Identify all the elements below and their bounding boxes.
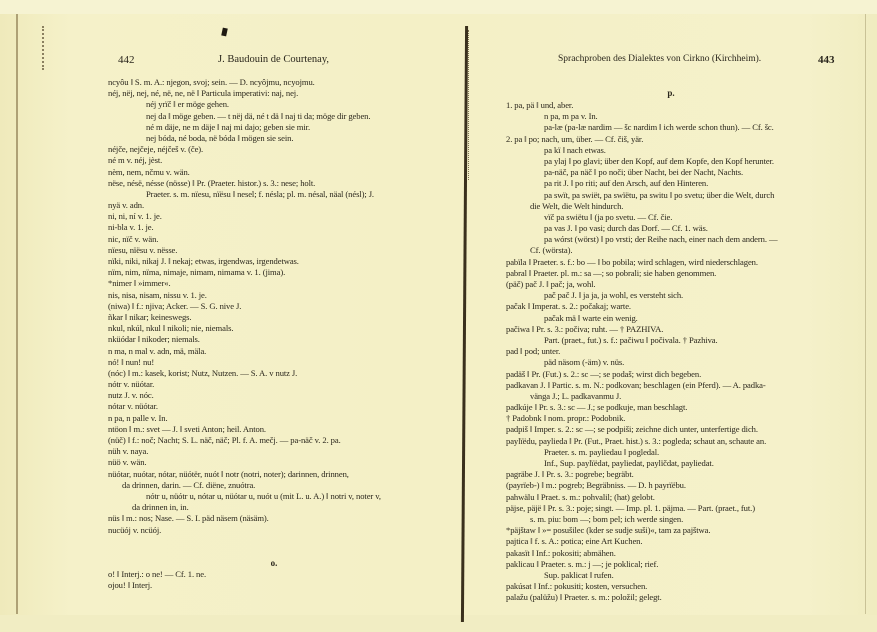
dictionary-entry-line: néj yrïč ‖ er möge gehen. — [108, 99, 440, 110]
dictionary-entry-line: nküódar ‖ nikoder; niemals. — [108, 334, 440, 345]
dictionary-entry-line: nótar v. nüótar. — [108, 401, 440, 412]
dictionary-entry-line: paklicau ‖ Praeter. s. m.: j —; je pokli… — [506, 559, 836, 570]
scan-artifact-mark — [42, 26, 46, 70]
dictionary-entry-line: päd näsom (-äm) v. nüs. — [506, 357, 836, 368]
gutter-shadow — [468, 30, 470, 180]
dictionary-entry-line: nutz J. v. nóc. — [108, 390, 440, 401]
dictionary-entry-line: nó! ‖ nun! nu! — [108, 357, 440, 368]
dictionary-entry-line: (nüč) ‖ f.: noč; Nacht; S. L. näč, näč; … — [108, 435, 440, 446]
dictionary-entry-line: Cf. (wörsta). — [506, 245, 836, 256]
dictionary-entry-line: pahwälu ‖ Praet. s. m.: pohvalil; (hat) … — [506, 492, 836, 503]
dictionary-entry-line: pačak mä ‖ warte ein wenig. — [506, 313, 836, 324]
dictionary-entry-line: nyä v. adn. — [108, 200, 440, 211]
dictionary-entry-line: (nóc) ‖ m.: kasek, korist; Nutz, Nutzen.… — [108, 368, 440, 379]
dictionary-entry-line: nëse, nésë, nésse (nösse) ‖ Pr. (Praeter… — [108, 178, 440, 189]
dictionary-entry-line: nüö v. wän. — [108, 457, 440, 468]
dictionary-entry-line: nïm, nim, nïma, nimaje, nimam, nimama v.… — [108, 267, 440, 278]
dictionary-entry-line: ojou! ‖ Interj. — [108, 580, 440, 591]
dictionary-entry-line: nèm, nem, nčmu v. wän. — [108, 167, 440, 178]
dictionary-entry-line: nïesu, nïësu v. nësse. — [108, 245, 440, 256]
dictionary-entry-line: vänga J.; L. padkavanmu J. — [506, 391, 836, 402]
dictionary-entry-line: pa kï ‖ nach etwas. — [506, 145, 836, 156]
dictionary-entry-line: die Welt, die Welt hindurch. — [506, 201, 836, 212]
dictionary-entry-line: pakasït ‖ Inf.: pokositi; abmähen. — [506, 548, 836, 559]
left-page-edge — [16, 14, 18, 614]
dictionary-entry-line: *päjštaw ‖ »= posušilec (kder se sudje s… — [506, 525, 836, 536]
dictionary-entry-line: vïč pa swiëtu ‖ (ja po svetu. — Cf. čie. — [506, 212, 836, 223]
dictionary-entry-line: nïki, niki, nikaj J. ‖ nekaj; etwas, irg… — [108, 256, 440, 267]
dictionary-entry-line: 2. pa ‖ po; nach, um, über. — Cf. čiš, y… — [506, 134, 836, 145]
dictionary-entry-line: Praeter. s. m. payliedau ‖ pogledal. — [506, 447, 836, 458]
dictionary-entry-line: *nimer ‖ »immer«. — [108, 278, 440, 289]
dictionary-entry-line: s. m. piu: bom —; bom pel; ich werde sin… — [506, 514, 836, 525]
running-head-title: Sprachproben des Dialektes von Cirkno (K… — [558, 54, 761, 64]
dictionary-entry-line: nüs ‖ m.: nos; Nase. — S. I. päd näsem (… — [108, 513, 440, 524]
dictionary-entry-line: o! ‖ Interj.: o ne! — Cf. 1. ne. — [108, 569, 440, 580]
dictionary-entry-line: Part. (praet., fut.) s. f.: pačiwu ‖ poč… — [506, 335, 836, 346]
dictionary-entry-line: nej da ‖ möge geben. — t nëj dä, né t dä… — [108, 111, 440, 122]
dictionary-entry-line: nucüój v. ncüój. — [108, 525, 440, 536]
dictionary-entry-line: ntöon ‖ m.: svet — J. ‖ sveti Anton; hei… — [108, 424, 440, 435]
dictionary-entry-line: nkul, nkúl, nkul ‖ nikoli; nie, niemals. — [108, 323, 440, 334]
dictionary-entry-line: pačiwa ‖ Pr. s. 3.: počiva; ruht. — † PA… — [506, 324, 836, 335]
section-spacer — [108, 536, 440, 558]
dictionary-entry-line: padkúje ‖ Pr. s. 3.: sc — J.; se podkuje… — [506, 402, 836, 413]
page-number: 442 — [118, 54, 135, 66]
dictionary-entry-line: pa ylaj ‖ po glavi; über den Kopf, auf d… — [506, 156, 836, 167]
dictionary-entry-line: padpiš ‖ Imper. s. 2.: sc —; se podpiši;… — [506, 424, 836, 435]
dictionary-entry-line: nej bóda, né boda, në bóda ‖ mögen sie s… — [108, 133, 440, 144]
right-page-edge — [865, 14, 866, 614]
dictionary-entry-line: n pa, m pa v. In. — [506, 111, 836, 122]
dictionary-entry-line: nótr v. nüótar. — [108, 379, 440, 390]
dictionary-entry-line: paylïëdu, paylieda ‖ Pr. (Fut., Praet. h… — [506, 436, 836, 447]
dictionary-entry-line: † Padobnk ‖ nom. propr.: Podobnik. — [506, 413, 836, 424]
dictionary-entry-line: pad ‖ pod; unter. — [506, 346, 836, 357]
dictionary-entry-line: päjse, päjë ‖ Pr. s. 3.: poje; singt. — … — [506, 503, 836, 514]
dictionary-entry-line: nüh v. naya. — [108, 446, 440, 457]
dictionary-entry-line: pabïla ‖ Praeter. s. f.: bo — ‖ bo pobil… — [506, 257, 836, 268]
section-heading: p. — [506, 88, 836, 99]
dictionary-entry-line: 1. pa, pä ‖ und, aber. — [506, 100, 836, 111]
dictionary-entry-line: Sup. paklicat ‖ rufen. — [506, 570, 836, 581]
dictionary-entry-line: pa vas J. ‖ po vasi; durch das Dorf. — C… — [506, 223, 836, 234]
dictionary-entry-line: pa swït, pa swiët, pa swïëtu, pa switu ‖… — [506, 190, 836, 201]
dictionary-entry-line: nüótar, nuótar, nótar, nüótër, nuót ‖ no… — [108, 469, 440, 480]
dictionary-entry-line: (niwa) ‖ f.: njiva; Acker. — S. G. nive … — [108, 301, 440, 312]
dictionary-entry-line: (payrïeb-) ‖ m.: pogreb; Begräbniss. — D… — [506, 480, 836, 491]
dictionary-entry-line: da drinnen in, in. — [108, 502, 440, 513]
scan-bottom-margin — [0, 615, 877, 632]
running-head-title: J. Baudouin de Courtenay, — [218, 54, 329, 65]
dictionary-entry-line: pač pač J. ‖ ja ja, ja wohl, es versteht… — [506, 290, 836, 301]
dictionary-entry-line: nic, nïč v. wän. — [108, 234, 440, 245]
page-number: 443 — [818, 54, 835, 66]
dictionary-entry-line: nis, nisa, nisam, nissu v. 1. je. — [108, 290, 440, 301]
dictionary-entry-line: né m v. néj, jèst. — [108, 155, 440, 166]
dictionary-entry-line: pakúsat ‖ Inf.: pokusiti; kosten, versuc… — [506, 581, 836, 592]
dictionary-entry-line: pagräbe J. ‖ Pr. s. 3.: pogrebe; begräbt… — [506, 469, 836, 480]
dictionary-entry-line: padkavan J. ‖ Partic. s. m. N.: podkovan… — [506, 380, 836, 391]
dictionary-entry-line: ni-bla v. 1. je. — [108, 222, 440, 233]
dictionary-entry-line: néj, nëj, nej, né, në, ne, në ‖ Particul… — [108, 88, 440, 99]
dictionary-entry-line: padäš ‖ Pr. (Fut.) s. 2.: sc —; se podaš… — [506, 369, 836, 380]
dictionary-entry-line: da drinnen, darin. — Cf. diëne, znuótra. — [108, 480, 440, 491]
dictionary-entry-line: pačak ‖ Imperat. s. 2.: počakaj; warte. — [506, 301, 836, 312]
dictionary-entry-line: n ma, n mal v. adn, mä, mäla. — [108, 346, 440, 357]
right-page-body: p.1. pa, pä ‖ und, aber.n pa, m pa v. In… — [506, 88, 836, 603]
dictionary-entry-line: palažu (palüžu) ‖ Praeter. s. m.: položi… — [506, 592, 836, 603]
dictionary-entry-line: nótr u, nüótr u, nótar u, nüótar u, nuót… — [108, 491, 440, 502]
dictionary-entry-line: Praeter. s. m. nïesu, nïësu ‖ nesel; f. … — [108, 189, 440, 200]
section-heading: o. — [108, 558, 440, 569]
dictionary-entry-line: n pa, n palle v. In. — [108, 413, 440, 424]
dictionary-entry-line: né m däje, ne m däje ‖ naj mi dajo; gebe… — [108, 122, 440, 133]
dictionary-entry-line: pa wórst (wörst) ‖ po vrsti; der Reihe n… — [506, 234, 836, 245]
dictionary-entry-line: pajtica ‖ f. s. A.: potica; eine Art Kuc… — [506, 536, 836, 547]
left-page-body: ncyôu ‖ S. m. A.: njegon, svoj; sein. — … — [108, 77, 440, 591]
dictionary-entry-line: ncyôu ‖ S. m. A.: njegon, svoj; sein. — … — [108, 77, 440, 88]
scan-top-margin — [0, 0, 877, 14]
dictionary-entry-line: pa rit J. ‖ po riti; auf den Arsch, auf … — [506, 178, 836, 189]
dictionary-entry-line: pabral ‖ Praeter. pl. m.: sa —; so pobra… — [506, 268, 836, 279]
dictionary-entry-line: néjče, nejčeje, néjčeš v. (če). — [108, 144, 440, 155]
dictionary-entry-line: pa-näč, pa näč ‖ po noči; über Nacht, be… — [506, 167, 836, 178]
dictionary-entry-line: (päč) pač J. ‖ pač; ja, wohl. — [506, 279, 836, 290]
dictionary-entry-line: Inf., Sup. paylïëdat, payliedat, paylïčd… — [506, 458, 836, 469]
dictionary-entry-line: pa-læ (pa-læ nardim — šc nardim ‖ ich we… — [506, 122, 836, 133]
dictionary-entry-line: ñkar ‖ nikar; keineswegs. — [108, 312, 440, 323]
dictionary-entry-line: ni, ni, ní v. 1. je. — [108, 211, 440, 222]
